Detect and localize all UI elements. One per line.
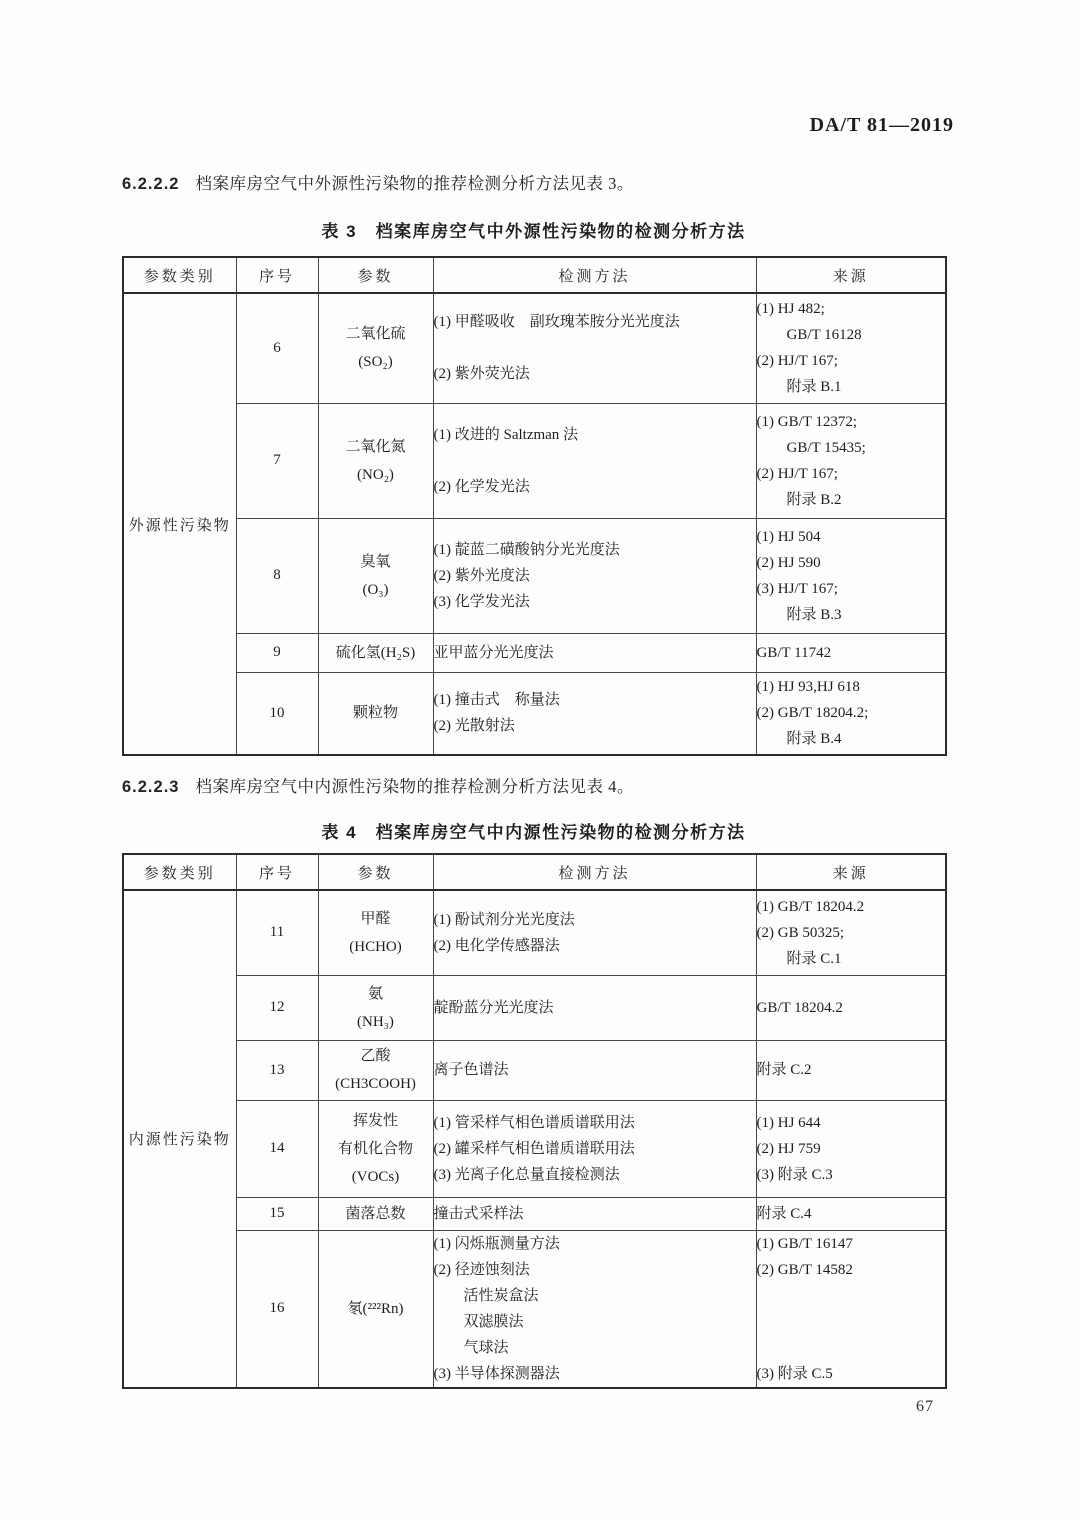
table3-header-seq: 序号 [236, 257, 318, 293]
sources-cell: GB/T 11742 [756, 633, 946, 672]
clause-number: 6.2.2.2 [122, 175, 179, 193]
table-row: 外源性污染物 6 二氧化硫 (SO₂) (1) 甲醛吸收 副玫瑰苯胺分光光度法 … [123, 293, 946, 403]
sources-cell: (1) HJ 644 (2) HJ 759 (3) 附录 C.3 [756, 1100, 946, 1197]
param-cell: 臭氧 (O₃) [318, 518, 433, 633]
table4-header-category: 参数类别 [123, 854, 236, 890]
sources-cell: (1) GB/T 12372; GB/T 15435; (2) HJ/T 167… [756, 403, 946, 518]
param-cell: 颗粒物 [318, 672, 433, 755]
clause-number: 6.2.2.3 [122, 778, 179, 796]
param-cell: 乙酸 (CH3COOH) [318, 1040, 433, 1100]
clause-text: 档案库房空气中内源性污染物的推荐检测分析方法见表 4。 [195, 777, 633, 796]
seq-cell: 7 [236, 403, 318, 518]
seq-cell: 13 [236, 1040, 318, 1100]
sources-cell: (1) GB/T 18204.2 (2) GB 50325; 附录 C.1 [756, 890, 946, 975]
param-cell: 挥发性 有机化合物 (VOCs) [318, 1100, 433, 1197]
methods-cell: (1) 靛蓝二磺酸钠分光光度法 (2) 紫外光度法 (3) 化学发光法 [433, 518, 756, 633]
seq-cell: 9 [236, 633, 318, 672]
standard-number: DA/T 81—2019 [810, 114, 954, 137]
param-cell: 氨 (NH₃) [318, 975, 433, 1040]
table3-header-param: 参数 [318, 257, 433, 293]
sources-cell: 附录 C.4 [756, 1197, 946, 1230]
clause-6-2-2-2: 6.2.2.2档案库房空气中外源性污染物的推荐检测分析方法见表 3。 [122, 170, 982, 194]
methods-cell: 亚甲蓝分光光度法 [433, 633, 756, 672]
table4-header-row: 参数类别 序号 参数 检测方法 来源 [123, 854, 946, 890]
table3-header-category: 参数类别 [123, 257, 236, 293]
table4-caption: 表 4 档案库房空气中内源性污染物的检测分析方法 [122, 818, 945, 843]
table-row: 15 菌落总数 撞击式采样法 附录 C.4 [123, 1197, 946, 1230]
table3-header-method: 检测方法 [433, 257, 756, 293]
seq-cell: 12 [236, 975, 318, 1040]
clause-text: 档案库房空气中外源性污染物的推荐检测分析方法见表 3。 [195, 174, 633, 193]
sources-cell: GB/T 18204.2 [756, 975, 946, 1040]
table-row: 7 二氧化氮 (NO₂) (1) 改进的 Saltzman 法 (2) 化学发光… [123, 403, 946, 518]
table4-header-param: 参数 [318, 854, 433, 890]
seq-cell: 11 [236, 890, 318, 975]
methods-cell: (1) 管采样气相色谱质谱联用法 (2) 罐采样气相色谱质谱联用法 (3) 光离… [433, 1100, 756, 1197]
table-row: 9 硫化氢(H₂S) 亚甲蓝分光光度法 GB/T 11742 [123, 633, 946, 672]
table-row: 16 氡(²²²Rn) (1) 闪烁瓶测量方法 (2) 径迹蚀刻法 活性炭盒法 … [123, 1230, 946, 1388]
methods-cell: 撞击式采样法 [433, 1197, 756, 1230]
category-cell: 外源性污染物 [123, 293, 236, 755]
seq-cell: 10 [236, 672, 318, 755]
table4-header-source: 来源 [756, 854, 946, 890]
table-row: 内源性污染物 11 甲醛 (HCHO) (1) 酚试剂分光光度法 (2) 电化学… [123, 890, 946, 975]
table3: 参数类别 序号 参数 检测方法 来源 外源性污染物 6 二氧化硫 (SO₂) (… [122, 256, 947, 756]
sources-cell: (1) HJ 482; GB/T 16128 (2) HJ/T 167; 附录 … [756, 293, 946, 403]
seq-cell: 14 [236, 1100, 318, 1197]
sources-cell: 附录 C.2 [756, 1040, 946, 1100]
page-number: 67 [916, 1398, 934, 1416]
param-cell: 氡(²²²Rn) [318, 1230, 433, 1388]
clause-6-2-2-3: 6.2.2.3档案库房空气中内源性污染物的推荐检测分析方法见表 4。 [122, 773, 982, 797]
methods-cell: (1) 闪烁瓶测量方法 (2) 径迹蚀刻法 活性炭盒法 双滤膜法 气球法 (3)… [433, 1230, 756, 1388]
param-cell: 菌落总数 [318, 1197, 433, 1230]
param-cell: 二氧化氮 (NO₂) [318, 403, 433, 518]
sources-cell: (1) HJ 504 (2) HJ 590 (3) HJ/T 167; 附录 B… [756, 518, 946, 633]
table4: 参数类别 序号 参数 检测方法 来源 内源性污染物 11 甲醛 (HCHO) (… [122, 853, 947, 1389]
table4-container: 参数类别 序号 参数 检测方法 来源 内源性污染物 11 甲醛 (HCHO) (… [122, 853, 947, 1389]
methods-cell: (1) 撞击式 称量法 (2) 光散射法 [433, 672, 756, 755]
param-cell: 二氧化硫 (SO₂) [318, 293, 433, 403]
sources-cell: (1) GB/T 16147 (2) GB/T 14582 (3) 附录 C.5 [756, 1230, 946, 1388]
table3-header-row: 参数类别 序号 参数 检测方法 来源 [123, 257, 946, 293]
param-cell: 甲醛 (HCHO) [318, 890, 433, 975]
sources-cell: (1) HJ 93,HJ 618 (2) GB/T 18204.2; 附录 B.… [756, 672, 946, 755]
seq-cell: 6 [236, 293, 318, 403]
methods-cell: (1) 改进的 Saltzman 法 (2) 化学发光法 [433, 403, 756, 518]
table-row: 12 氨 (NH₃) 靛酚蓝分光光度法 GB/T 18204.2 [123, 975, 946, 1040]
param-cell: 硫化氢(H₂S) [318, 633, 433, 672]
table-row: 10 颗粒物 (1) 撞击式 称量法 (2) 光散射法 (1) HJ 93,HJ… [123, 672, 946, 755]
methods-cell: 离子色谱法 [433, 1040, 756, 1100]
table3-caption: 表 3 档案库房空气中外源性污染物的检测分析方法 [122, 217, 945, 242]
table3-header-source: 来源 [756, 257, 946, 293]
category-cell: 内源性污染物 [123, 890, 236, 1388]
document-page: DA/T 81—2019 6.2.2.2档案库房空气中外源性污染物的推荐检测分析… [0, 0, 1080, 1520]
seq-cell: 8 [236, 518, 318, 633]
seq-cell: 16 [236, 1230, 318, 1388]
methods-cell: (1) 甲醛吸收 副玫瑰苯胺分光光度法 (2) 紫外荧光法 [433, 293, 756, 403]
table-row: 13 乙酸 (CH3COOH) 离子色谱法 附录 C.2 [123, 1040, 946, 1100]
table4-header-seq: 序号 [236, 854, 318, 890]
table3-container: 参数类别 序号 参数 检测方法 来源 外源性污染物 6 二氧化硫 (SO₂) (… [122, 256, 947, 756]
seq-cell: 15 [236, 1197, 318, 1230]
table4-header-method: 检测方法 [433, 854, 756, 890]
methods-cell: (1) 酚试剂分光光度法 (2) 电化学传感器法 [433, 890, 756, 975]
methods-cell: 靛酚蓝分光光度法 [433, 975, 756, 1040]
table-row: 14 挥发性 有机化合物 (VOCs) (1) 管采样气相色谱质谱联用法 (2)… [123, 1100, 946, 1197]
table-row: 8 臭氧 (O₃) (1) 靛蓝二磺酸钠分光光度法 (2) 紫外光度法 (3) … [123, 518, 946, 633]
